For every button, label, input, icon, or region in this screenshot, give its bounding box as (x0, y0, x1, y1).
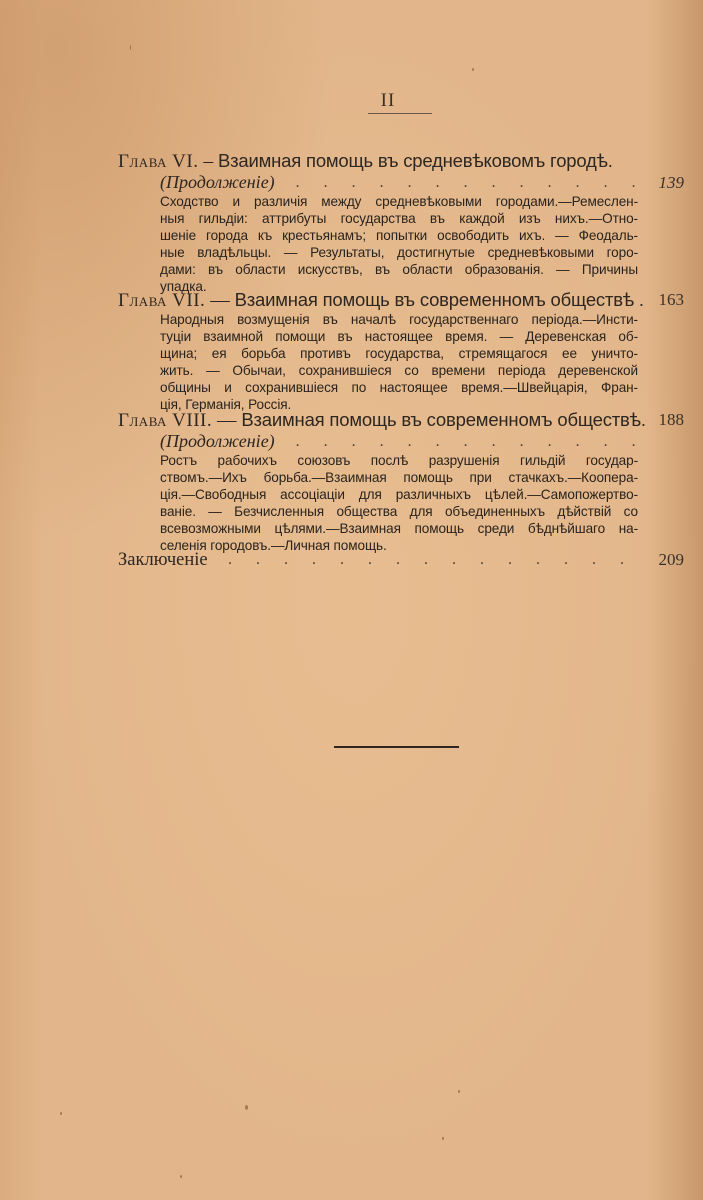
conclusion-title: Заключеніе (118, 550, 208, 570)
summary-line: жить. — Обычаи, сохранившіеся со времени… (160, 362, 638, 379)
chapter-title: Взаимная помощь въ средневѣковомъ городѣ… (218, 150, 613, 171)
summary-line: ствомъ.—Ихъ борьба.—Взаимная помощь при … (160, 469, 638, 486)
paper-speck (472, 68, 474, 71)
page-reference: 163 (659, 289, 685, 311)
end-rule (334, 746, 459, 748)
leader-dots: . . . . . . . . . . . . . . . . . . . . … (228, 549, 640, 571)
summary-line: всевозможными цѣлями.—Взаимная помощь ср… (160, 520, 638, 537)
paper-speck (180, 1175, 182, 1178)
chapter-summary: Народныя возмущенія въ началѣ государств… (160, 311, 638, 413)
continued-label: (Продолженіе) (160, 172, 275, 192)
chapter-separator: — (217, 410, 237, 431)
toc-entry-chapter-7: Глава VII. — Взаимная помощь въ современ… (118, 289, 684, 413)
summary-line: Сходство и различія между средневѣковыми… (160, 193, 638, 210)
leader-dots: . . . . . . . . . . . . . . . . . . . (296, 172, 644, 193)
summary-line: ваніе. — Безчисленныя общества для объед… (160, 503, 638, 520)
chapter-summary: Ростъ рабочихъ союзовъ послѣ разрушенія … (160, 452, 638, 554)
paper-speck (442, 1137, 444, 1140)
summary-line: ція.—Свободныя ассоціаціи для различныхъ… (160, 486, 638, 503)
continued-line: (Продолженіе) . . . . . . . . . . . . . … (118, 431, 684, 452)
chapter-separator: — (210, 290, 230, 311)
chapter-label: Глава VIII. (118, 410, 212, 431)
page-reference: 188 (659, 409, 685, 431)
chapter-separator: – (203, 151, 213, 172)
chapter-title: Взаимная помощь въ современномъ обществѣ… (235, 289, 644, 310)
summary-line: шеніе города къ крестьянамъ; попытки осв… (160, 227, 638, 244)
chapter-heading: Глава VI. – Взаимная помощь въ средневѣк… (118, 150, 684, 172)
toc-entry-chapter-6: Глава VI. – Взаимная помощь въ средневѣк… (118, 150, 684, 295)
page-number: II (0, 90, 703, 112)
chapter-label: Глава VI. (118, 151, 198, 172)
summary-line: Ростъ рабочихъ союзовъ послѣ разрушенія … (160, 452, 638, 469)
book-page: II Глава VI. – Взаимная помощь въ средне… (0, 0, 703, 1200)
chapter-label: Глава VII. (118, 290, 205, 311)
page-reference: 209 (659, 549, 685, 571)
continued-line: (Продолженіе) . . . . . . . . . . . . . … (118, 172, 684, 193)
chapter-summary: Сходство и различія между средневѣковыми… (160, 193, 638, 295)
page-reference: 139 (659, 172, 685, 193)
chapter-heading: Глава VIII. — Взаимная помощь въ совреме… (118, 409, 684, 431)
paper-speck (245, 1105, 248, 1110)
summary-line: ные владѣльцы. — Результаты, достигнутые… (160, 244, 638, 261)
summary-line: туціи взаимной помощи въ настоящее время… (160, 328, 638, 345)
page-number-rule (368, 113, 432, 114)
paper-speck (130, 45, 131, 50)
summary-line: ныя гильдіи: аттрибуты государства въ ка… (160, 210, 638, 227)
summary-line: щина; ея борьба противъ государства, стр… (160, 345, 638, 362)
paper-speck (458, 1090, 460, 1093)
toc-entry-conclusion: Заключеніе . . . . . . . . . . . . . . .… (118, 549, 684, 571)
continued-label: (Продолженіе) (160, 431, 275, 451)
paper-speck (60, 1112, 62, 1115)
toc-entry-chapter-8: Глава VIII. — Взаимная помощь въ совреме… (118, 409, 684, 554)
leader-dots: . . . . . . . . . . . . . . . . . . . (296, 431, 644, 452)
summary-line: дами: въ области искусствъ, въ области о… (160, 261, 638, 278)
summary-line: общины и сохранившіеся по настоящее врем… (160, 379, 638, 396)
chapter-heading: Глава VII. — Взаимная помощь въ современ… (118, 289, 684, 311)
chapter-title: Взаимная помощь въ современномъ обществѣ… (241, 409, 645, 430)
summary-line: Народныя возмущенія въ началѣ государств… (160, 311, 638, 328)
